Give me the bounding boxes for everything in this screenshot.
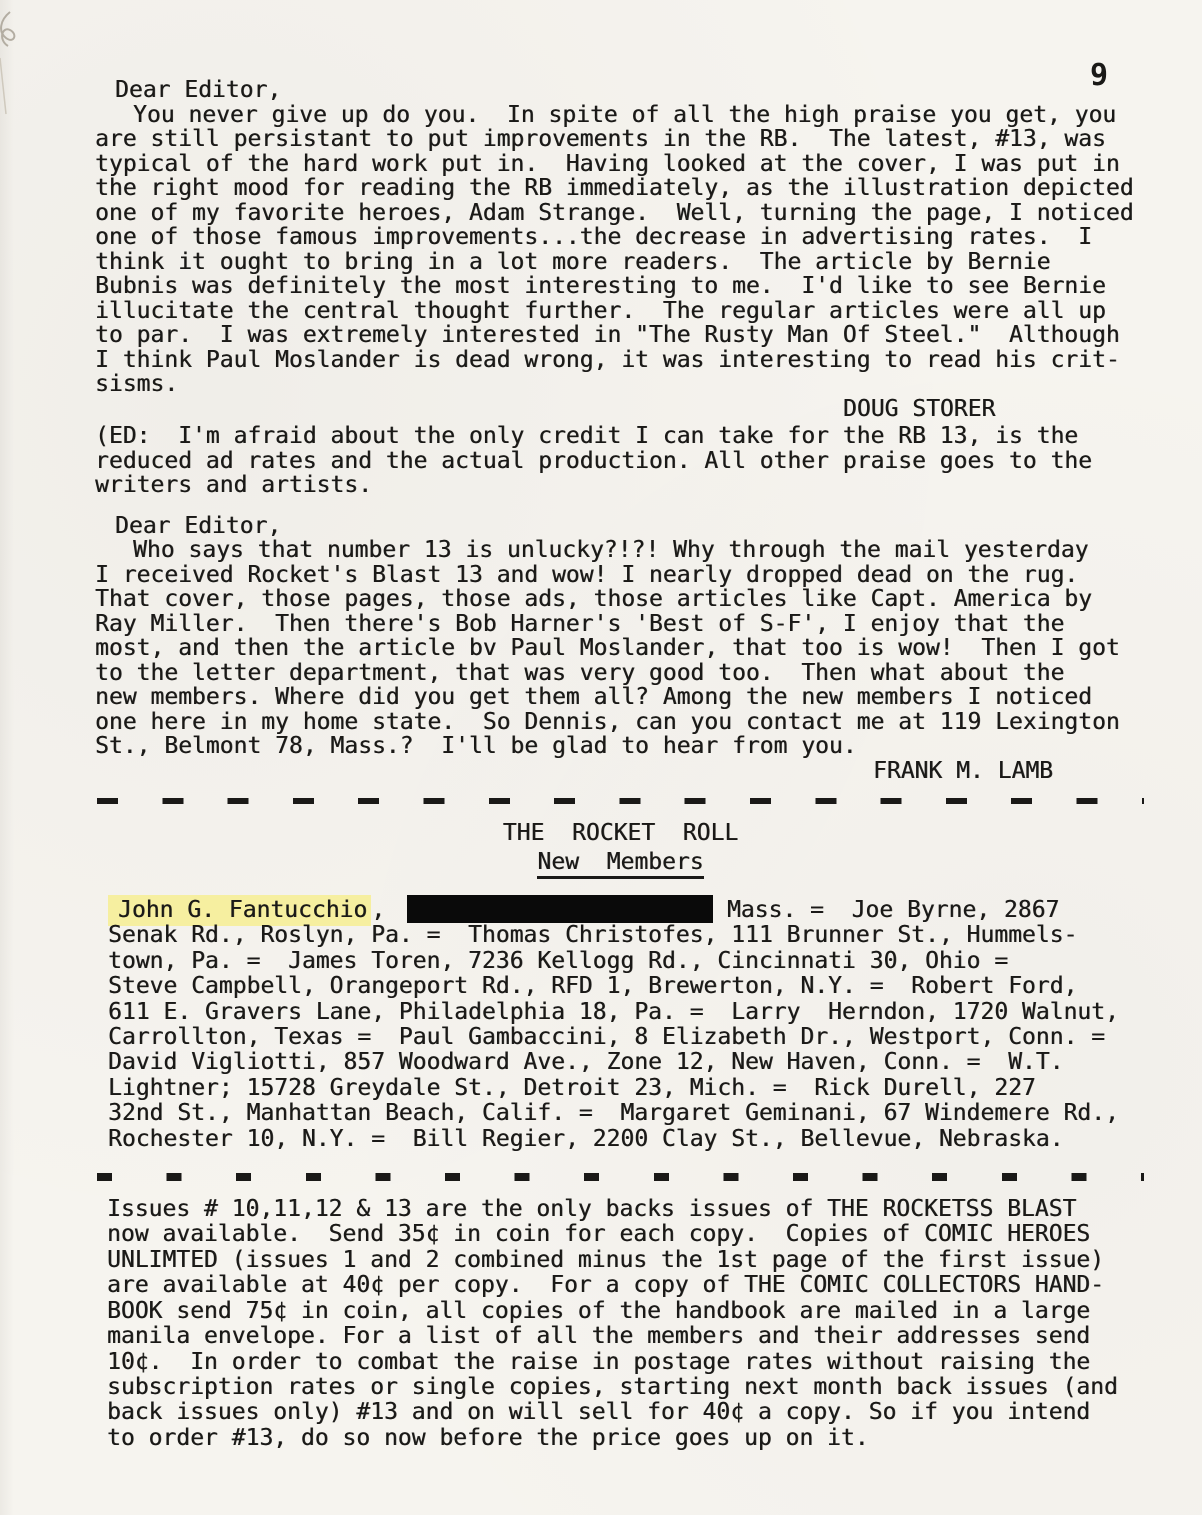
section-subtitle: New Members (537, 849, 703, 879)
rocket-roll-section: THE ROCKET ROLL New Members John G. Fant… (95, 821, 1146, 1152)
text-line: I think Paul Moslander is dead wrong, it… (95, 348, 1146, 373)
text-line: I received Rocket's Blast 13 and wow! I … (95, 563, 1146, 588)
dashed-divider (97, 1173, 1144, 1181)
signature: DOUG STORER (95, 397, 1146, 422)
member-line: 611 E. Gravers Lane, Philadelphia 18, Pa… (108, 1000, 1146, 1025)
member-line-redacted: John G. Fantucchio, Mass. = Joe Byrne, 2… (108, 895, 1146, 923)
signature: FRANK M. LAMB (95, 759, 1146, 784)
section-subtitle-row: New Members (95, 850, 1146, 875)
text-line: You never give up do you. In spite of al… (95, 103, 1146, 128)
text-line: to par. I was extremely interested in "T… (95, 323, 1146, 348)
text-line: illucitate the central thought further. … (95, 299, 1146, 324)
scanned-letter-page: 9 Dear Editor, You never give up do you.… (0, 0, 1202, 1451)
back-issues-notice: Issues # 10,11,12 & 13 are the only back… (95, 1197, 1146, 1451)
text-line: one of my favorite heroes, Adam Strange.… (95, 201, 1146, 226)
text-line: Issues # 10,11,12 & 13 are the only back… (107, 1197, 1146, 1222)
editor-note: (ED: I'm afraid about the only credit I … (95, 424, 1146, 498)
text-line: reduced ad rates and the actual producti… (95, 449, 1146, 474)
text-line: think it ought to bring in a lot more re… (95, 250, 1146, 275)
member-line: Carrollton, Texas = Paul Gambaccini, 8 E… (108, 1025, 1146, 1050)
text-line: subscription rates or single copies, sta… (107, 1375, 1146, 1400)
text-line: typical of the hard work put in. Having … (95, 152, 1146, 177)
pencil-squiggle-icon (0, 6, 30, 116)
text-line: one of those famous improvements...the d… (95, 225, 1146, 250)
letter-frank-lamb: Dear Editor, Who says that number 13 is … (95, 514, 1146, 784)
text-line: are available at 40¢ per copy. For a cop… (107, 1273, 1146, 1298)
text-line: manila envelope. For a list of all the m… (107, 1324, 1146, 1349)
text-line: sisms. (95, 372, 1146, 397)
text-line: most, and then the article bv Paul Mosla… (95, 636, 1146, 661)
salutation: Dear Editor, (95, 514, 1146, 539)
text-fragment: , (371, 897, 385, 923)
salutation: Dear Editor, (95, 78, 1146, 103)
text-line: St., Belmont 78, Mass.? I'll be glad to … (95, 734, 1146, 759)
highlighted-member-name: John G. Fantucchio (108, 895, 371, 926)
member-line: Lightner; 15728 Greydale St., Detroit 23… (108, 1076, 1146, 1101)
text-line: That cover, those pages, those ads, thos… (95, 587, 1146, 612)
text-line: UNLIMTED (issues 1 and 2 combined minus … (107, 1248, 1146, 1273)
text-line: back issues only) #13 and on will sell f… (107, 1400, 1146, 1425)
page-number: 9 (1090, 58, 1108, 93)
member-line: 32nd St., Manhattan Beach, Calif. = Marg… (108, 1101, 1146, 1126)
member-line: David Vigliotti, 857 Woodward Ave., Zone… (108, 1050, 1146, 1075)
text-line: the right mood for reading the RB immedi… (95, 176, 1146, 201)
redaction-bar (407, 895, 713, 923)
text-line: one here in my home state. So Dennis, ca… (95, 710, 1146, 735)
member-line: Steve Campbell, Orangeport Rd., RFD 1, B… (108, 974, 1146, 999)
letter-doug-storer: Dear Editor, You never give up do you. I… (95, 78, 1146, 421)
text-line: Who says that number 13 is unlucky?!?! W… (95, 538, 1146, 563)
text-line: (ED: I'm afraid about the only credit I … (95, 424, 1146, 449)
text-line: now available. Send 35¢ in coin for each… (107, 1222, 1146, 1247)
text-line: 10¢. In order to combat the raise in pos… (107, 1350, 1146, 1375)
text-line: new members. Where did you get them all?… (95, 685, 1146, 710)
member-line: town, Pa. = James Toren, 7236 Kellogg Rd… (108, 949, 1146, 974)
text-line: Bubnis was definitely the most interesti… (95, 274, 1146, 299)
text-line: to the letter department, that was very … (95, 661, 1146, 686)
member-line: Rochester 10, N.Y. = Bill Regier, 2200 C… (108, 1127, 1146, 1152)
member-line: Senak Rd., Roslyn, Pa. = Thomas Christof… (108, 923, 1146, 948)
dashed-divider (97, 798, 1144, 804)
text-line: writers and artists. (95, 473, 1146, 498)
new-members-list: John G. Fantucchio, Mass. = Joe Byrne, 2… (95, 895, 1146, 1152)
text-line: to order #13, do so now before the price… (107, 1426, 1146, 1451)
text-line: are still persistant to put improvements… (95, 127, 1146, 152)
text-line: Ray Miller. Then there's Bob Harner's 'B… (95, 612, 1146, 637)
section-title: THE ROCKET ROLL (95, 821, 1146, 846)
text-line: BOOK send 75¢ in coin, all copies of the… (107, 1299, 1146, 1324)
text-fragment: Mass. = Joe Byrne, 2867 (713, 897, 1059, 923)
